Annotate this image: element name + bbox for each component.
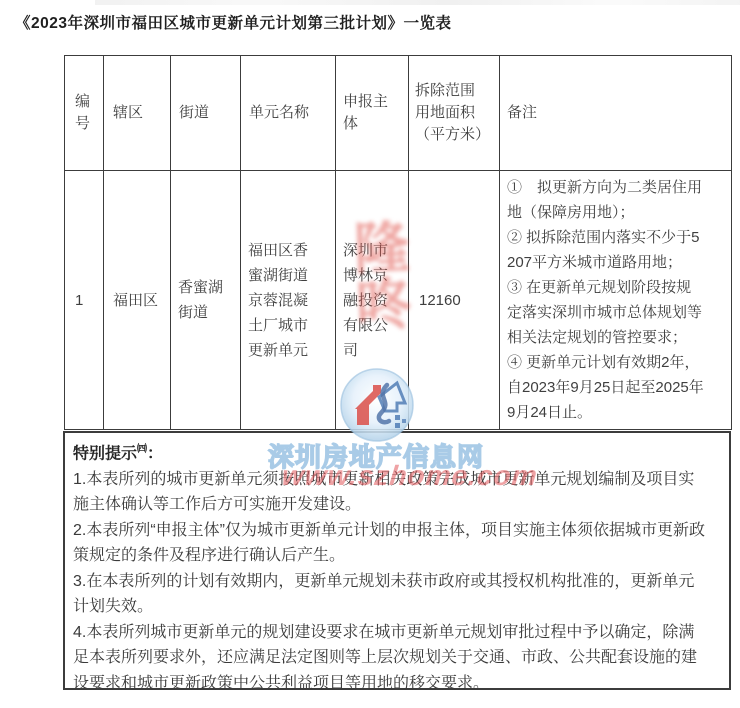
header-district: 辖区: [104, 56, 171, 171]
header-demolition-area: 拆除范围用地面积（平方米）: [409, 56, 500, 171]
table-header-row: 编号 辖区 街道 单元名称 申报主体 拆除范围用地面积（平方米） 备注: [65, 56, 732, 171]
special-notes-heading-text: 特别提示: [73, 445, 137, 462]
header-remarks: 备注: [500, 56, 732, 171]
special-notes-box: 特别提示㈣： 1.本表所列的城市更新单元须按照城市更新相关政策完成城市更新单元规…: [63, 431, 731, 690]
scan-artifact-strip: [95, 0, 740, 5]
remark-item-1: ① 拟更新方向为二类居住用地（保障房用地）；: [507, 175, 704, 225]
note-item-3: 3.在本表所列的计划有效期内，更新单元规划未获市政府或其授权机构批准的，更新单元…: [73, 569, 709, 620]
cell-street: 香蜜湖街道: [171, 171, 241, 430]
special-notes-footnote-mark: ㈣: [137, 444, 147, 455]
special-notes-heading-colon: ：: [147, 445, 163, 462]
header-street: 街道: [171, 56, 241, 171]
header-applicant: 申报主体: [336, 56, 409, 171]
cell-demolition-area: 12160: [409, 171, 500, 430]
header-unit-name: 单元名称: [241, 56, 336, 171]
note-item-4: 4.本表所列城市更新单元的规划建设要求在城市更新单元规划审批过程中予以确定，除满…: [73, 620, 709, 697]
cell-remarks: ① 拟更新方向为二类居住用地（保障房用地）； ② 拟拆除范围内落实不少于5207…: [500, 171, 732, 430]
remark-item-4: ④ 更新单元计划有效期2年，自2023年9月25日起至2025年9月24日止。: [507, 350, 704, 425]
cell-applicant: 深圳市博林京融投资有限公司: [336, 171, 409, 430]
remark-item-3: ③ 在更新单元规划阶段按规定落实深圳市城市总体规划等相关法定规划的管控要求；: [507, 275, 704, 350]
header-no: 编号: [65, 56, 104, 171]
note-item-2: 2.本表所列“申报主体”仅为城市更新单元计划的申报主体，项目实施主体须依据城市更…: [73, 518, 709, 569]
cell-unit-name: 福田区香蜜湖街道京蓉混凝土厂城市更新单元: [241, 171, 336, 430]
special-notes-heading: 特别提示㈣：: [73, 437, 709, 467]
cell-district: 福田区: [104, 171, 171, 430]
cell-no: 1: [65, 171, 104, 430]
plan-table: 编号 辖区 街道 单元名称 申报主体 拆除范围用地面积（平方米） 备注 1 福田…: [64, 55, 732, 430]
remark-item-2: ② 拟拆除范围内落实不少于5207平方米城市道路用地；: [507, 225, 704, 275]
table-row: 1 福田区 香蜜湖街道 福田区香蜜湖街道京蓉混凝土厂城市更新单元 深圳市博林京融…: [65, 171, 732, 430]
note-item-1: 1.本表所列的城市更新单元须按照城市更新相关政策完成城市更新单元规划编制及项目实…: [73, 467, 709, 518]
page-title: 《2023年深圳市福田区城市更新单元计划第三批计划》一览表: [15, 11, 451, 33]
